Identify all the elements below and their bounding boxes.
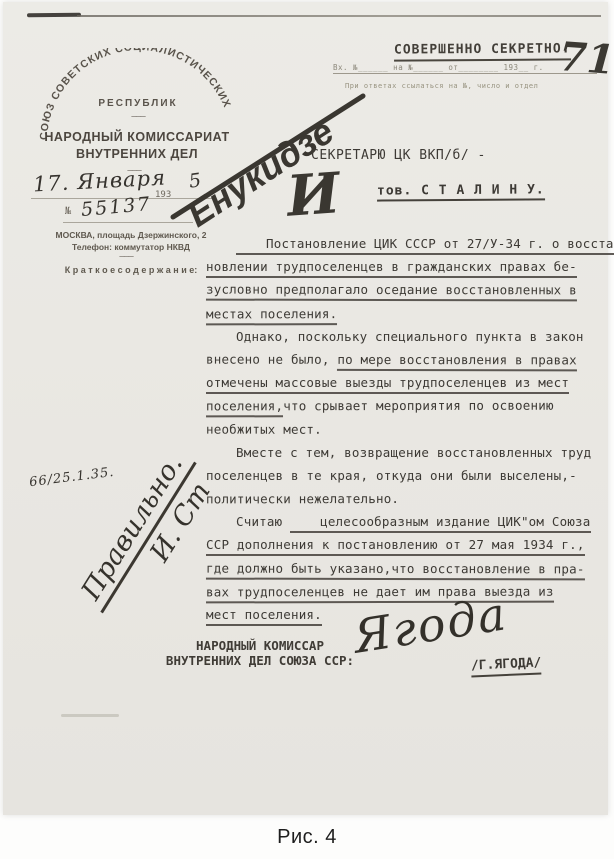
number-label: №: [65, 206, 71, 217]
body-segment-underlined: местах поселения.: [206, 304, 337, 325]
body-line: ССР дополнения к постановлению от 27 мая…: [206, 535, 602, 558]
body-line: местах поселения.: [206, 303, 602, 327]
body-line: Вместе с тем, возвращение восстановленны…: [206, 443, 602, 466]
yagoda-typed-name: /Г.ЯГОДА/: [471, 655, 542, 677]
body-segment-underlined: поселения,: [206, 397, 283, 418]
body-line: Однако, поскольку специального пункта в …: [206, 327, 602, 350]
body-line: поселения, что срывает мероприятия по ос…: [206, 396, 602, 420]
recipient-line1: СЕКРЕТАРЮ ЦК ВКП/б/ -: [311, 148, 486, 163]
body-segment: Вместе с тем, возвращение восстановленны…: [236, 445, 591, 460]
body-segment-underlined: зусловно предполагало оседание восстанов…: [206, 280, 577, 302]
handwritten-number: 55137: [80, 193, 152, 221]
commissar-title: НАРОДНЫЙ КОМИССАР ВНУТРЕННИХ ДЕЛ СОЮЗА С…: [151, 638, 369, 668]
body-segment-underlined: новлении трудпоселенцев в гражданских пр…: [206, 257, 577, 278]
body-segment: Однако, поскольку специального пункта в …: [236, 329, 584, 344]
body-line: зусловно предполагало оседание восстанов…: [206, 280, 602, 304]
body-line: необжитых мест.: [206, 419, 602, 443]
handwritten-page-number: 71: [557, 33, 614, 84]
scan-edge-line: [77, 15, 601, 17]
registration-form-line: Вх. №______ на №______ от________ 193__ …: [333, 63, 597, 74]
body-line: внесено не было, по мере восстановления …: [206, 350, 602, 374]
scan-edge-mark: [27, 13, 81, 18]
body-line: новлении трудпоселенцев в гражданских пр…: [206, 257, 602, 280]
body-segment: внесено не было,: [206, 352, 337, 367]
body-line: отмечены массовые выезды трудпоселенцев …: [206, 373, 602, 396]
figure-caption: Рис. 4: [0, 826, 614, 849]
body-segment-underlined: мест поселения.: [206, 605, 322, 626]
commissar-title-line2: ВНУТРЕННИХ ДЕЛ СОЮЗА ССР:: [151, 653, 369, 668]
body-line: Постановление ЦИК СССР от 27/У-34 г. о в…: [206, 234, 602, 257]
handwritten-initial: И: [285, 160, 342, 230]
scanned-document-page: СОЮЗ СОВЕТСКИХ СОЦИАЛИСТИЧЕСКИХ РЕСПУБЛИ…: [3, 2, 608, 815]
scan-smudge: [61, 714, 119, 717]
recipient-line2: тов. С Т А Л И Н У.: [377, 182, 545, 201]
body-segment-underlined: целесообразным издание ЦИК"ом Союза: [290, 512, 590, 533]
letterhead-divider3: ———: [21, 252, 231, 262]
body-line: где должно быть указано,что восстановлен…: [206, 558, 602, 582]
body-segment-underlined: где должно быть указано,что восстановлен…: [206, 558, 585, 580]
body-segment: необжитых мест.: [206, 421, 322, 436]
commissar-title-line1: НАРОДНЫЙ КОМИССАР: [151, 638, 369, 653]
body-text: Постановление ЦИК СССР от 27/У-34 г. о в…: [206, 234, 602, 628]
body-segment-underlined: отмечены массовые выезды трудпоселенцев …: [206, 373, 569, 394]
body-segment-underlined: по мере восстановления в правах: [337, 350, 577, 372]
body-segment: что срывает мероприятия по освоению: [283, 398, 553, 414]
top-secret-stamp: СОВЕРШЕННО СЕКРЕТНО.: [394, 41, 571, 61]
body-segment-underlined: Постановление ЦИК СССР от 27/У-34 г. о в…: [236, 234, 614, 255]
